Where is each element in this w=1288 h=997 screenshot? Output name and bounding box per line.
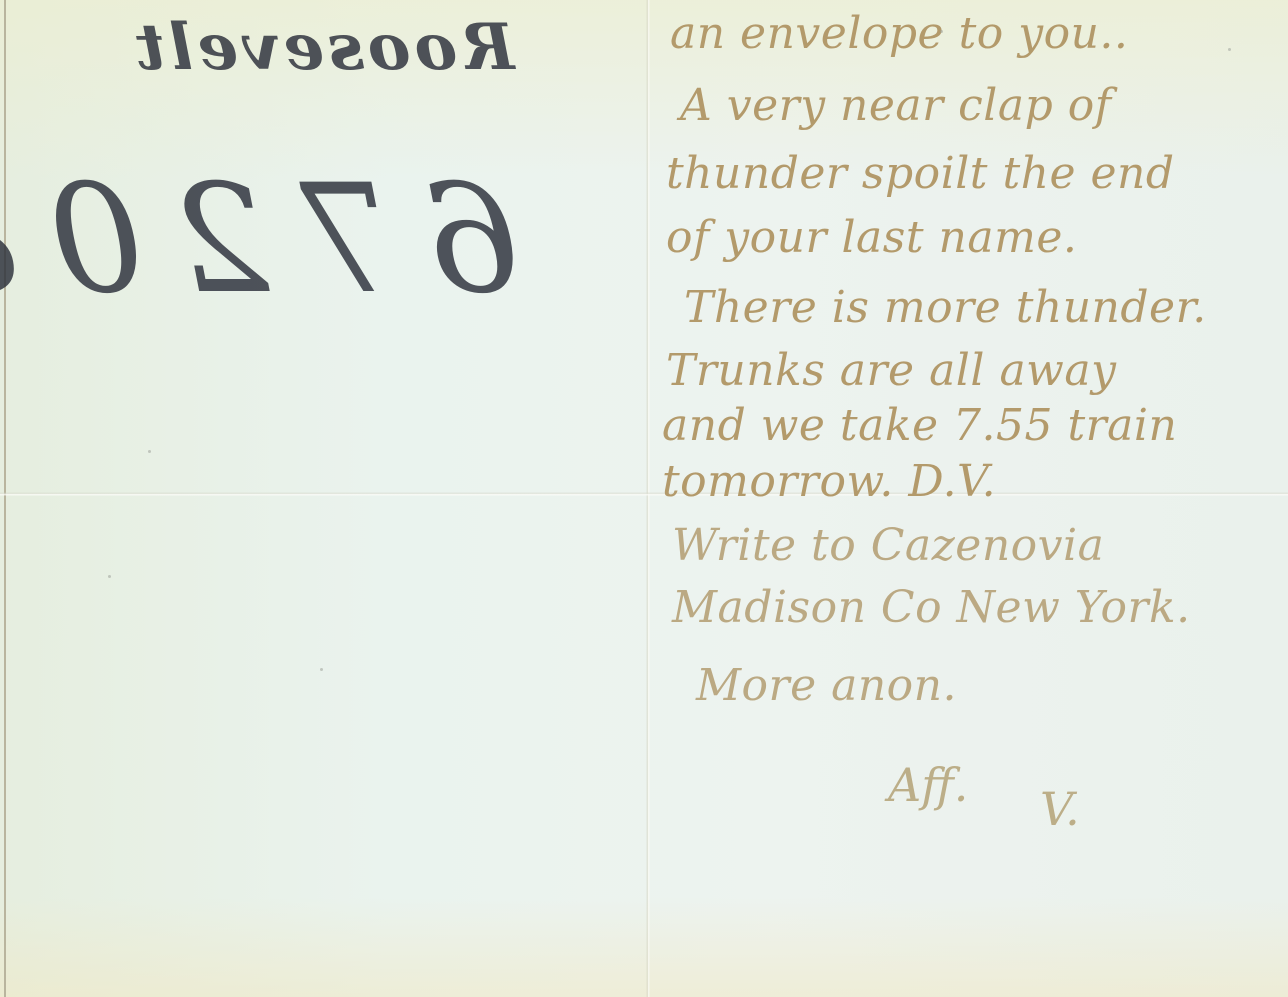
letter-line: There is more thunder. <box>684 282 1207 333</box>
letter-line: and we take 7.55 train <box>662 400 1177 451</box>
mirrored-pencil-word: Roosevelt <box>28 8 618 88</box>
mirrored-pencil-number: 67208 <box>70 150 520 330</box>
letter-line: an envelope to you.. <box>670 8 1128 59</box>
letter-line: Write to Cazenovia <box>672 520 1104 571</box>
paper-speck <box>108 575 111 578</box>
signature-closing: Aff. <box>888 758 968 812</box>
paper-speck <box>148 450 151 453</box>
letter-line: More anon. <box>696 660 957 711</box>
paper-speck <box>320 668 323 671</box>
paper-speck <box>940 30 943 33</box>
letter-line: Madison Co New York. <box>672 582 1191 633</box>
page-edge <box>4 0 6 997</box>
letter-line: thunder spoilt the end <box>666 148 1175 199</box>
vertical-fold-crease <box>646 0 650 997</box>
letter-line: Trunks are all away <box>666 345 1116 396</box>
letter-line: of your last name. <box>666 212 1077 263</box>
letter-line: tomorrow. D.V. <box>662 456 996 507</box>
signature-initial: V. <box>1040 782 1080 836</box>
paper-speck <box>1228 48 1231 51</box>
letter-line: A very near clap of <box>680 80 1112 131</box>
horizontal-fold-crease <box>0 492 1288 496</box>
